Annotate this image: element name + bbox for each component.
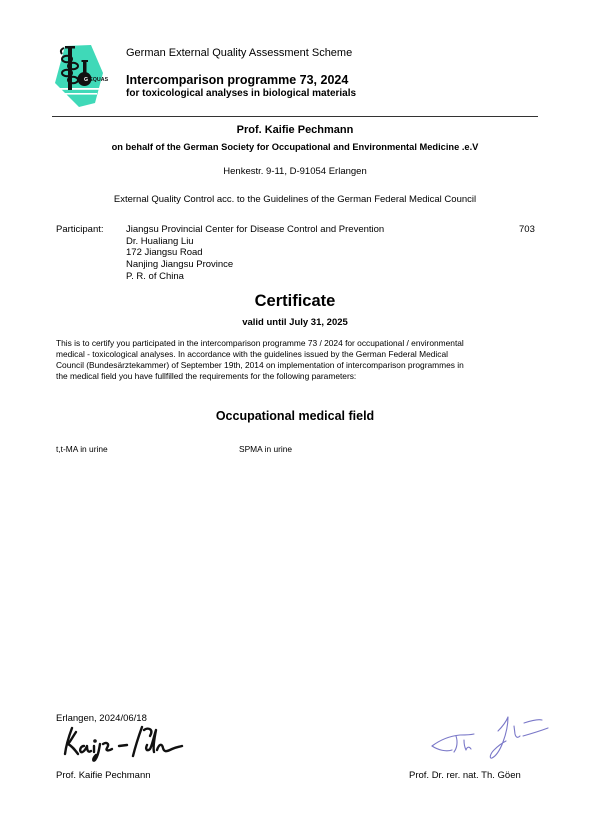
organizer-address: Henkestr. 9-11, D-91054 Erlangen [52, 166, 538, 177]
parameter-item: t,t-MA in urine [56, 444, 108, 454]
organizer-name: Prof. Kaifie Pechmann [52, 124, 538, 136]
programme-title: Intercomparison programme 73, 2024 [126, 73, 348, 87]
participant-institution: Jiangsu Provincial Center for Disease Co… [126, 224, 384, 236]
parameter-item: SPMA in urine [239, 444, 292, 454]
participant-country: P. R. of China [126, 271, 384, 283]
participant-city: Nanjing Jiangsu Province [126, 259, 384, 271]
certificate-title: Certificate [52, 292, 538, 311]
header-divider [52, 116, 538, 117]
svg-text:-EQUAS: -EQUAS [88, 77, 109, 83]
participant-label: Participant: [56, 224, 104, 235]
qc-statement: External Quality Control acc. to the Gui… [52, 194, 538, 205]
scheme-name: German External Quality Assessment Schem… [126, 47, 352, 59]
certificate-body-line: Council (Bundesärztekammer) of September… [56, 360, 542, 371]
certificate-validity: valid until July 31, 2025 [52, 317, 538, 328]
certificate-body-line: medical - toxicological analyses. In acc… [56, 349, 542, 360]
signer-left-name: Prof. Kaifie Pechmann [56, 770, 151, 781]
participant-contact: Dr. Hualiang Liu [126, 236, 384, 248]
participant-number: 703 [519, 224, 535, 235]
participant-street: 172 Jiangsu Road [126, 247, 384, 259]
signature-goen-icon [430, 714, 565, 764]
g-equas-logo-icon: G -EQUAS [53, 43, 121, 109]
participant-address: Jiangsu Provincial Center for Disease Co… [126, 224, 384, 283]
certificate-body: This is to certify you participated in t… [56, 338, 542, 382]
certificate-body-line: the medical field you have fullfilled th… [56, 371, 542, 382]
signer-right-name: Prof. Dr. rer. nat. Th. Göen [409, 770, 521, 781]
field-heading: Occupational medical field [52, 409, 538, 423]
signature-pechmann-icon [62, 722, 192, 762]
organizer-behalf: on behalf of the German Society for Occu… [52, 142, 538, 152]
programme-subtitle: for toxicological analyses in biological… [126, 88, 356, 99]
certificate-body-line: This is to certify you participated in t… [56, 338, 542, 349]
